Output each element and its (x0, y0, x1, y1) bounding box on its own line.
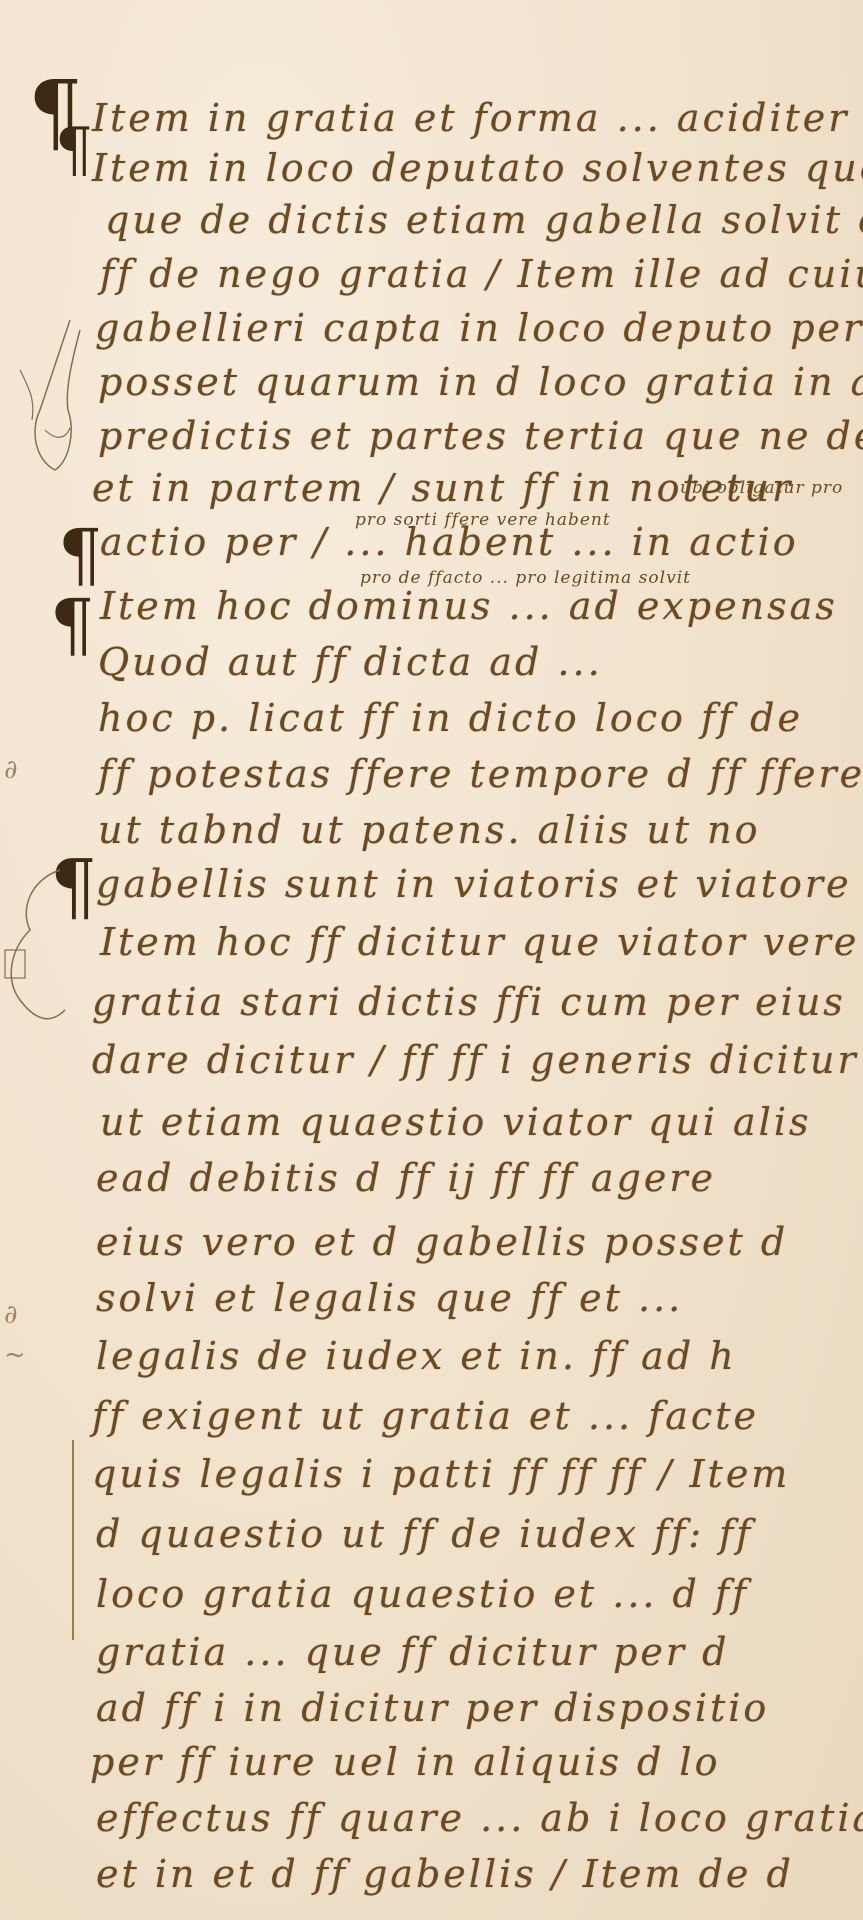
manuscript-line: ff potestas ffere tempore d ff fferes ab (98, 752, 863, 796)
manuscript-line: gabellis sunt in viatoris et viatore d (96, 862, 863, 906)
manuscript-line: quis legalis i patti ff ff ff / Item (92, 1452, 790, 1496)
manuscript-line: predictis et partes tertia que ne deo (98, 414, 863, 458)
manuscript-line: per ff iure uel in aliquis d lo (90, 1740, 720, 1784)
interlinear-note: ubi obligatur pro (680, 478, 843, 498)
manuscript-line: dare dicitur / ff ff i generis dicitur (92, 1038, 859, 1082)
manuscript-line: gabellieri capta in loco deputo per (95, 306, 863, 350)
margin-bracket (72, 1440, 74, 1640)
manuscript-line: et in et d ff gabellis / Item de d (96, 1852, 794, 1896)
manuscript-page: ¶ ¶ ¶ ¶ ¶ ∂ ∂ ~ Item in gratia et forma … (0, 0, 863, 1920)
manuscript-line: ad ff i in dicitur per dispositio (96, 1686, 769, 1730)
manuscript-line: que de dictis etiam gabella solvit et (105, 198, 863, 242)
manuscript-line: Item in loco deputato solventes que dare… (92, 146, 863, 190)
manuscript-line: solvi et legalis que ff et ... (96, 1276, 683, 1320)
interlinear-note: pro de ffacto ... pro legitima solvit (360, 568, 691, 588)
manuscript-line: effectus ff quare ... ab i loco gratia (96, 1796, 863, 1840)
manuscript-line: Item hoc dominus ... ad expensas (100, 584, 838, 628)
margin-note: ∂ (4, 755, 17, 785)
manuscript-line: d quaestio ut ff de iudex ff: ff (96, 1512, 753, 1556)
manicula-icon (10, 310, 90, 480)
paragraph-initial: ¶ (50, 590, 95, 660)
manuscript-line: Item hoc ff dicitur que viator vere grat… (100, 920, 863, 964)
paragraph-initial: ¶ (58, 520, 103, 590)
manuscript-line: loco gratia quaestio et ... d ff (96, 1572, 749, 1616)
interlinear-note: pro sorti ffere vere habent (355, 510, 611, 530)
manuscript-line: ff de nego gratia / Item ille ad cuius (100, 252, 863, 296)
manuscript-line: ut etiam quaestio viator qui alis (100, 1100, 812, 1144)
manuscript-line: ead debitis d ff ij ff ff agere (96, 1156, 716, 1200)
manuscript-line: legalis de iudex et in. ff ad h (96, 1334, 737, 1378)
manuscript-line: gratia ... que ff dicitur per d (96, 1630, 729, 1674)
manuscript-line: eius vero et d gabellis posset d (96, 1220, 788, 1264)
paragraph-initial: ¶ (55, 120, 93, 180)
manuscript-line: Quod aut ff dicta ad ... (98, 640, 603, 684)
margin-note: ~ (4, 1340, 26, 1370)
margin-note: ∂ (4, 1300, 17, 1330)
manuscript-line: hoc p. licat ff in dicto loco ff de (98, 696, 803, 740)
manuscript-line: Item in gratia et forma ... aciditer (92, 96, 849, 140)
manuscript-line: gratia stari dictis ffi cum per eius (92, 980, 846, 1024)
manuscript-line: ut tabnd ut patens. aliis ut no (98, 808, 761, 852)
margin-face-sketch-icon (0, 850, 80, 1040)
manuscript-line: posset quarum in d loco gratia in ad (98, 360, 863, 404)
manuscript-line: ff exigent ut gratia et ... facte (92, 1394, 759, 1438)
